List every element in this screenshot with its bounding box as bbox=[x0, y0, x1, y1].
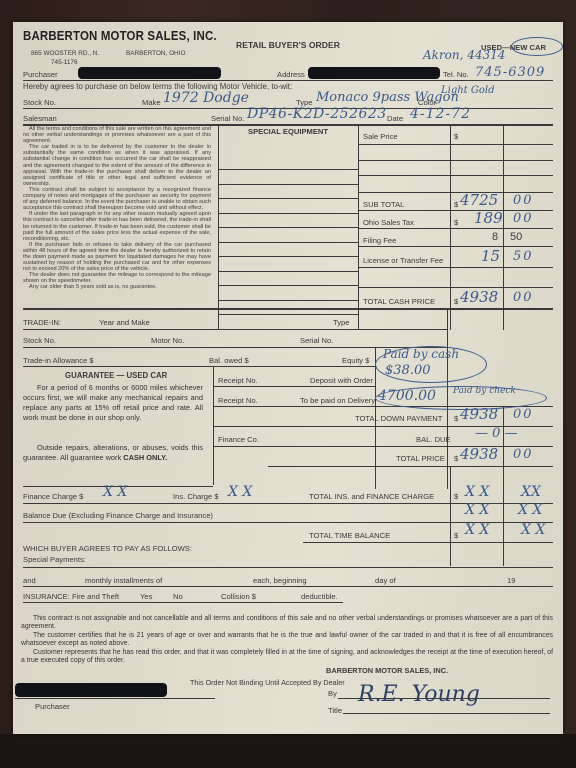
equipment-line bbox=[218, 242, 358, 243]
balance-due-label: Balance Due (Excluding Finance Charge an… bbox=[23, 511, 213, 520]
equipment-line bbox=[218, 184, 358, 185]
license-fee-label: License or Transfer Fee bbox=[363, 256, 443, 265]
equipment-line bbox=[218, 256, 358, 257]
by-label: By bbox=[328, 689, 337, 698]
currency-sign: $ bbox=[454, 454, 458, 463]
equity-label: Equity $ bbox=[342, 356, 369, 365]
trade-type-label: Type bbox=[333, 318, 349, 327]
rule bbox=[450, 124, 451, 330]
total-cash-price-label: TOTAL CASH PRICE bbox=[363, 297, 435, 306]
tel-label: Tel. No. bbox=[443, 70, 469, 79]
equipment-line bbox=[218, 271, 358, 272]
rule bbox=[23, 586, 553, 587]
guarantee-text-2a: Outside repairs, alterations, or abuses,… bbox=[23, 443, 203, 462]
terms-fine-print: All the terms and conditions of this sal… bbox=[23, 126, 211, 291]
deductible-label: deductible. bbox=[301, 592, 338, 601]
equipment-line bbox=[218, 285, 358, 286]
total-cash-cents: 00 bbox=[513, 290, 534, 305]
agrees-text: Hereby agrees to purchase on below terms… bbox=[23, 82, 292, 91]
total-cash-dollars: 4938 bbox=[460, 288, 498, 306]
special-payments-label: Special Payments: bbox=[23, 555, 86, 564]
trade-allowance-label: Trade-in Allowance $ bbox=[23, 356, 94, 365]
subtotal-dollars: 4725 bbox=[460, 191, 498, 209]
receipt-label-1: Receipt No. bbox=[218, 376, 258, 385]
sales-tax-dollars: 189 bbox=[474, 209, 503, 227]
date-label: Date bbox=[387, 114, 403, 123]
rule bbox=[358, 124, 359, 330]
equipment-line bbox=[218, 213, 358, 214]
guarantee-title: GUARANTEE — USED CAR bbox=[65, 371, 167, 380]
rule bbox=[23, 80, 553, 81]
finance-charge-value: X X bbox=[103, 484, 127, 500]
equipment-line bbox=[218, 300, 358, 301]
rule bbox=[23, 602, 343, 603]
guarantee-cash-only: CASH ONLY. bbox=[123, 453, 167, 462]
terms-paragraph: All the terms and conditions of this sal… bbox=[23, 126, 211, 144]
balance-due-cents: X X bbox=[518, 502, 542, 518]
footer-legal-text: This contract is not assignable and not … bbox=[21, 615, 553, 665]
balance-due-dollars: X X bbox=[465, 502, 489, 518]
insurance-no: No bbox=[173, 592, 183, 601]
currency-sign: $ bbox=[454, 218, 458, 227]
collision-label: Collision $ bbox=[221, 592, 256, 601]
rule bbox=[503, 124, 504, 330]
total-ins-dollars: X X bbox=[465, 484, 489, 500]
total-time-cents: X X bbox=[521, 522, 545, 538]
insurance-yes: Yes bbox=[140, 592, 152, 601]
monthly-installments-label: monthly installments of bbox=[85, 576, 162, 585]
rule bbox=[303, 542, 553, 543]
delivery-label: To be paid on Delivery bbox=[300, 396, 375, 405]
address-city-handwritten: Akron, 44314 bbox=[423, 48, 505, 62]
company-address: 865 WOOSTER RD., N. bbox=[31, 49, 99, 58]
total-price-label: TOTAL PRICE bbox=[396, 454, 445, 463]
purchaser-label: Purchaser bbox=[23, 70, 58, 79]
type-value: Monaco 9pass Wagon bbox=[316, 90, 459, 105]
new-car-circle-mark bbox=[511, 37, 563, 56]
buyer-agrees-label: WHICH BUYER AGREES TO PAY AS FOLLOWS: bbox=[23, 544, 192, 553]
footer-paragraph: This contract is not assignable and not … bbox=[21, 615, 553, 632]
terms-paragraph: The dealer does not guarantee the mileag… bbox=[23, 272, 211, 284]
purchaser-signature-redacted bbox=[15, 683, 167, 697]
receipt-label-2: Receipt No. bbox=[218, 396, 258, 405]
motor-label: Motor No. bbox=[151, 336, 184, 345]
rule bbox=[23, 329, 447, 330]
table-surface bbox=[0, 734, 576, 768]
serial-label: Serial No. bbox=[211, 114, 244, 123]
sales-tax-label: Ohio Sales Tax bbox=[363, 218, 414, 227]
license-fee-cents: 50 bbox=[513, 249, 534, 264]
bal-due-label: BAL. DUE bbox=[416, 435, 451, 444]
finance-co-label: Finance Co. bbox=[218, 435, 259, 444]
rule bbox=[268, 466, 553, 467]
date-value: 4-12-72 bbox=[410, 106, 471, 122]
currency-sign: $ bbox=[454, 492, 458, 501]
total-ins-cents: XX bbox=[521, 484, 541, 500]
terms-paragraph: The car traded in is to be delivered by … bbox=[23, 144, 211, 187]
license-fee-dollars: 15 bbox=[481, 247, 500, 265]
equipment-line bbox=[218, 314, 358, 315]
buyers-order-document: BARBERTON MOTOR SALES, INC. 865 WOOSTER … bbox=[13, 22, 563, 734]
terms-paragraph: Any car older than 5 years sold as is, n… bbox=[23, 284, 211, 290]
total-down-dollars: 4938 bbox=[460, 405, 498, 423]
rule bbox=[23, 366, 375, 367]
total-down-payment-label: TOTAL DOWN PAYMENT bbox=[355, 414, 442, 423]
terms-paragraph: If under the last paragraph or for any o… bbox=[23, 211, 211, 241]
currency-sign: $ bbox=[454, 531, 458, 540]
rule bbox=[450, 466, 451, 566]
purchaser-signature-line bbox=[15, 698, 215, 699]
footer-paragraph: Customer represents that he has read thi… bbox=[21, 649, 553, 666]
purchaser-signature-label: Purchaser bbox=[35, 702, 70, 711]
subtotal-cents: 00 bbox=[513, 193, 534, 208]
guarantee-text-1: For a period of 6 months or 6000 miles w… bbox=[23, 383, 203, 423]
not-binding-text: This Order Not Binding Until Accepted By… bbox=[190, 678, 345, 687]
rule bbox=[358, 267, 553, 268]
filing-fee-label: Filing Fee bbox=[363, 236, 396, 245]
each-beginning-label: each, beginning bbox=[253, 576, 307, 585]
insurance-label: INSURANCE: Fire and Theft bbox=[23, 592, 119, 601]
dealer-signature: R.E. Young bbox=[358, 682, 480, 707]
trade-stock-label: Stock No. bbox=[23, 336, 56, 345]
company-city: BARBERTON, OHIO bbox=[126, 49, 185, 58]
currency-sign: $ bbox=[454, 200, 458, 209]
total-time-dollars: X X bbox=[465, 522, 489, 538]
special-equipment-title: SPECIAL EQUIPMENT bbox=[248, 127, 328, 136]
rule bbox=[358, 175, 553, 176]
rule bbox=[213, 446, 553, 447]
finance-charge-label: Finance Charge $ bbox=[23, 492, 83, 501]
currency-sign: $ bbox=[454, 414, 458, 423]
total-down-cents: 00 bbox=[513, 407, 534, 422]
currency-sign: $ bbox=[454, 297, 458, 306]
rule bbox=[358, 144, 553, 145]
rule bbox=[358, 228, 553, 229]
trade-serial-label: Serial No. bbox=[300, 336, 333, 345]
form-title: RETAIL BUYER'S ORDER bbox=[236, 41, 340, 50]
year-make-label: Year and Make bbox=[99, 318, 150, 327]
filing-fee-cents: 50 bbox=[510, 233, 522, 242]
company-phone: 745-1176 bbox=[51, 58, 78, 67]
tel-value: 745-6309 bbox=[475, 65, 545, 80]
trade-in-label: TRADE-IN: bbox=[23, 318, 61, 327]
ins-charge-value: X X bbox=[228, 484, 252, 500]
and-label: and bbox=[23, 576, 36, 585]
total-price-cents: 00 bbox=[513, 447, 534, 462]
bal-owed-label: Bal. owed $ bbox=[209, 356, 249, 365]
footer-paragraph: The customer certifies that he is 21 yea… bbox=[21, 632, 553, 649]
rule bbox=[358, 160, 553, 161]
ins-charge-label: Ins. Charge $ bbox=[173, 492, 219, 501]
make-value: 1972 Dodge bbox=[163, 90, 249, 106]
rule bbox=[23, 567, 553, 568]
guarantee-text-2: Outside repairs, alterations, or abuses,… bbox=[23, 443, 203, 463]
company-name: BARBERTON MOTOR SALES, INC. bbox=[23, 31, 217, 40]
terms-paragraph: This contract shall be subject to accept… bbox=[23, 187, 211, 211]
sales-tax-cents: 00 bbox=[513, 211, 534, 226]
deposit-circle-mark bbox=[375, 346, 487, 383]
equipment-line bbox=[218, 198, 358, 199]
equipment-line bbox=[218, 169, 358, 170]
day-of-label: day of bbox=[375, 576, 396, 585]
terms-paragraph: If the purchaser fails or refuses to tak… bbox=[23, 242, 211, 272]
purchaser-redacted bbox=[78, 67, 221, 79]
serial-value: DP46-K2D-252623 bbox=[247, 106, 387, 122]
title-signature-line bbox=[343, 713, 550, 714]
rule bbox=[23, 308, 553, 310]
filing-fee-dollars: 8 bbox=[492, 233, 498, 242]
color-value: Light Gold bbox=[441, 86, 551, 95]
rule bbox=[213, 386, 375, 387]
make-label: Make bbox=[142, 98, 161, 107]
title-label: Title bbox=[328, 706, 342, 715]
equipment-line bbox=[218, 227, 358, 228]
total-time-balance-label: TOTAL TIME BALANCE bbox=[309, 531, 390, 540]
subtotal-label: SUB TOTAL bbox=[363, 200, 404, 209]
bal-due-value: — 0 — bbox=[475, 426, 518, 441]
sale-price-label: Sale Price bbox=[363, 132, 398, 141]
total-ins-finance-label: TOTAL INS. and FINANCE CHARGE bbox=[309, 492, 434, 501]
salesman-label: Salesman bbox=[23, 114, 57, 123]
address-label: Address bbox=[277, 70, 305, 79]
address-redacted bbox=[308, 67, 440, 79]
total-price-dollars: 4938 bbox=[460, 445, 498, 463]
currency-sign: $ bbox=[454, 132, 458, 141]
year-19-label: 19 bbox=[507, 576, 515, 585]
deposit-label: Deposit with Order bbox=[310, 376, 373, 385]
dealer-name: BARBERTON MOTOR SALES, INC. bbox=[326, 666, 448, 675]
rule bbox=[358, 287, 553, 288]
rule bbox=[358, 246, 553, 247]
stock-label: Stock No. bbox=[23, 98, 56, 107]
